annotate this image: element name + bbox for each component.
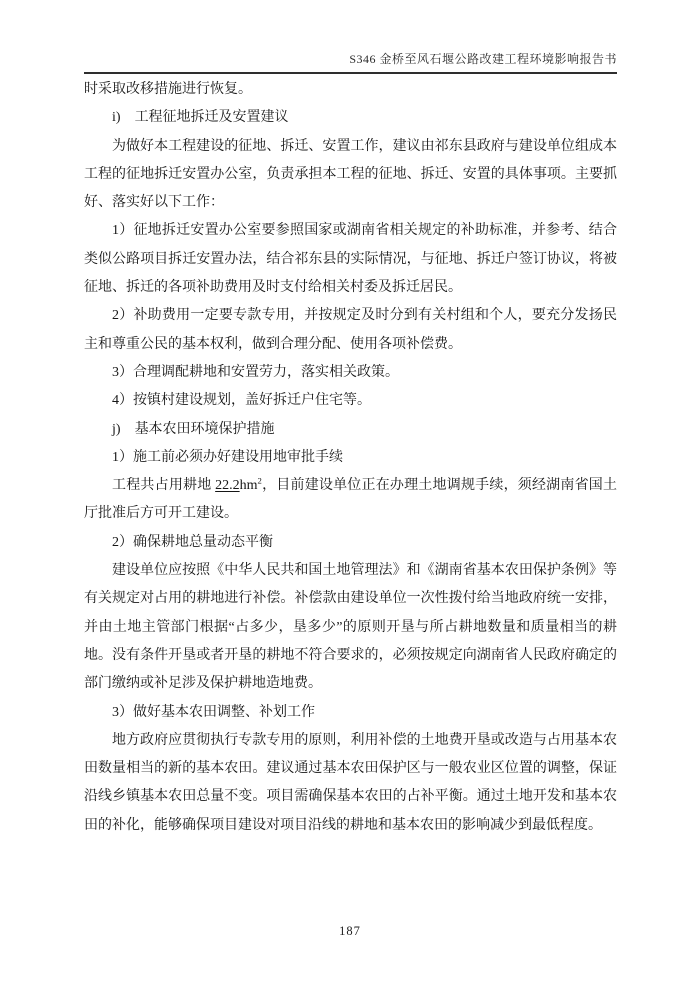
page-header-title: S346 金桥至风石堰公路改建工程环境影响报告书 bbox=[84, 50, 617, 72]
paragraph-item-3: 3）合理调配耕地和安置劳力，落实相关政策。 bbox=[84, 359, 617, 387]
paragraph-continuation: 时采取改移措施进行恢复。 bbox=[84, 76, 617, 104]
paragraph: 为做好本工程建设的征地、拆迁、安置工作，建议由祁东县政府与建设单位组成本工程的征… bbox=[84, 133, 617, 218]
paragraph: 建设单位应按照《中华人民共和国土地管理法》和《湖南省基本农田保护条例》等有关规定… bbox=[84, 557, 617, 698]
document-page: S346 金桥至风石堰公路改建工程环境影响报告书 时采取改移措施进行恢复。 i)… bbox=[0, 0, 700, 990]
paragraph-subitem-3: 3）做好基本农田调整、补划工作 bbox=[84, 699, 617, 727]
paragraph-land-area: 工程共占用耕地 22.2hm2，目前建设单位正在办理土地调规手续，须经湖南省国土… bbox=[84, 472, 617, 529]
page-number: 187 bbox=[0, 924, 700, 939]
header-rule bbox=[84, 72, 617, 74]
section-heading-i: i)工程征地拆迁及安置建议 bbox=[84, 104, 617, 132]
land-area-value: 22.2 bbox=[215, 478, 240, 493]
paragraph-item-1: 1）征地拆迁安置办公室要参照国家或湖南省相关规定的补助标准，并参考、结合类似公路… bbox=[84, 217, 617, 302]
section-heading-j: j)基本农田环境保护措施 bbox=[84, 416, 617, 444]
paragraph: 地方政府应贯彻执行专款专用的原则，利用补偿的土地费开垦或改造与占用基本农田数量相… bbox=[84, 727, 617, 840]
land-area-text-pre: 工程共占用耕地 bbox=[112, 478, 215, 493]
paragraph-item-4: 4）按镇村建设规划，盖好拆迁户住宅等。 bbox=[84, 387, 617, 415]
section-label: j) bbox=[112, 422, 121, 437]
section-label: i) bbox=[112, 110, 121, 125]
paragraph-item-2: 2）补助费用一定要专款专用，并按规定及时分到有关村组和个人，要充分发扬民主和尊重… bbox=[84, 302, 617, 359]
paragraph-subitem-1: 1）施工前必须办好建设用地审批手续 bbox=[84, 444, 617, 472]
document-body: 时采取改移措施进行恢复。 i)工程征地拆迁及安置建议 为做好本工程建设的征地、拆… bbox=[84, 76, 617, 840]
paragraph-subitem-2: 2）确保耕地总量动态平衡 bbox=[84, 529, 617, 557]
land-area-unit: hm bbox=[240, 478, 258, 493]
section-title: 基本农田环境保护措施 bbox=[135, 422, 275, 437]
section-title: 工程征地拆迁及安置建议 bbox=[135, 110, 289, 125]
